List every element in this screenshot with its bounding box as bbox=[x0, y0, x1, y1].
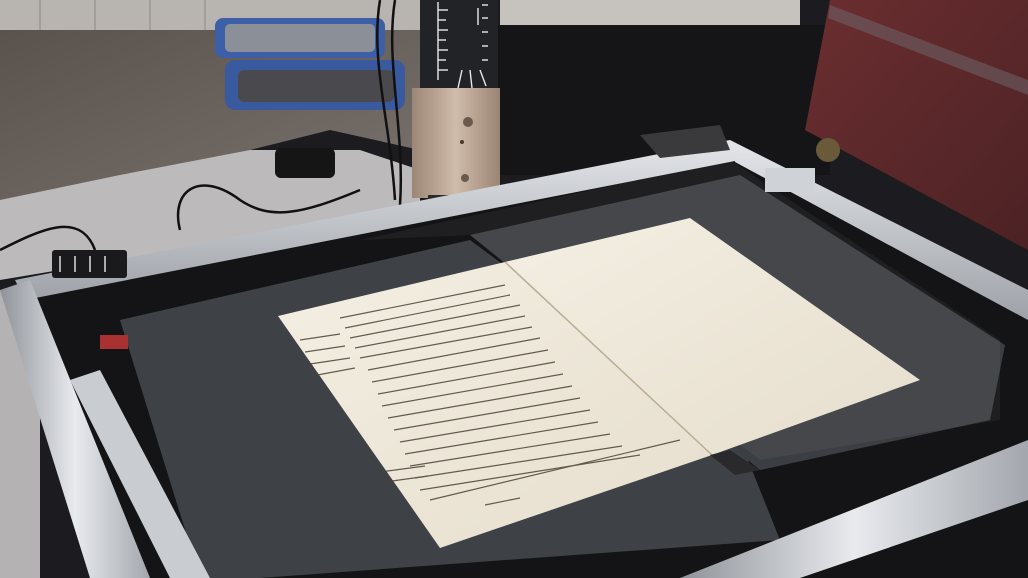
photo-illustration bbox=[0, 0, 1028, 578]
metal-bracket bbox=[412, 88, 500, 198]
photo-scene bbox=[0, 0, 1028, 578]
ruler-column bbox=[420, 0, 498, 92]
